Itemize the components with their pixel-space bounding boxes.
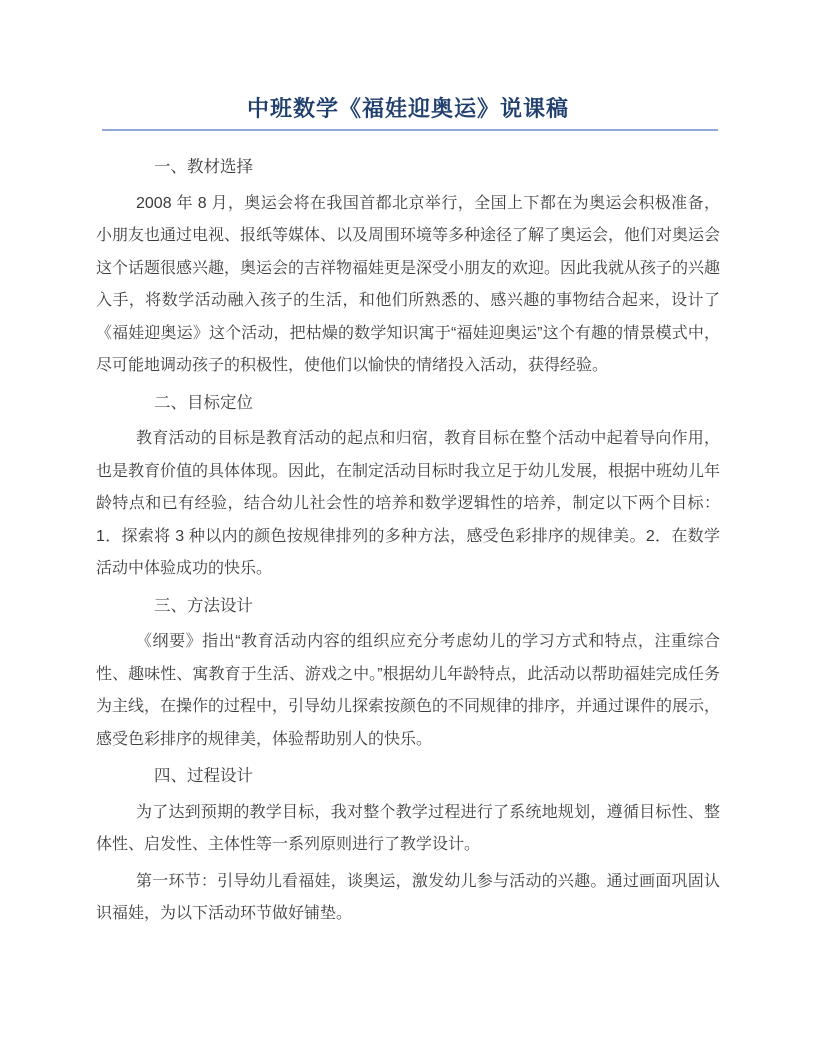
- document-title: 中班数学《福娃迎奥运》说课稿: [96, 95, 720, 123]
- document-body: 一、教材选择 2008 年 8 月，奥运会将在我国首都北京举行，全国上下都在为奥…: [96, 151, 720, 931]
- paragraph: 为了达到预期的教学目标，我对整个教学过程进行了系统地规划，遵循目标性、整体性、启…: [96, 797, 720, 862]
- paragraph: 第一环节：引导幼儿看福娃，谈奥运，激发幼儿参与活动的兴趣。通过画面巩固认识福娃，…: [96, 866, 720, 931]
- paragraph: 《纲要》指出“教育活动内容的组织应充分考虑幼儿的学习方式和特点，注重综合性、趣味…: [96, 626, 720, 756]
- document-page: 中班数学《福娃迎奥运》说课稿 一、教材选择 2008 年 8 月，奥运会将在我国…: [0, 0, 816, 1056]
- document-section: 二、目标定位 教育活动的目标是教育活动的起点和归宿，教育目标在整个活动中起着导向…: [96, 387, 720, 586]
- document-section: 三、方法设计 《纲要》指出“教育活动内容的组织应充分考虑幼儿的学习方式和特点，注…: [96, 590, 720, 757]
- paragraph: 2008 年 8 月，奥运会将在我国首都北京举行，全国上下都在为奥运会积极准备，…: [96, 188, 720, 383]
- section-heading: 三、方法设计: [96, 590, 720, 623]
- document-section: 一、教材选择 2008 年 8 月，奥运会将在我国首都北京举行，全国上下都在为奥…: [96, 151, 720, 383]
- document-section: 四、过程设计 为了达到预期的教学目标，我对整个教学过程进行了系统地规划，遵循目标…: [96, 760, 720, 931]
- title-divider: [102, 129, 718, 131]
- section-heading: 一、教材选择: [96, 151, 720, 184]
- section-heading: 二、目标定位: [96, 387, 720, 420]
- paragraph: 教育活动的目标是教育活动的起点和归宿，教育目标在整个活动中起着导向作用，也是教育…: [96, 423, 720, 586]
- section-heading: 四、过程设计: [96, 760, 720, 793]
